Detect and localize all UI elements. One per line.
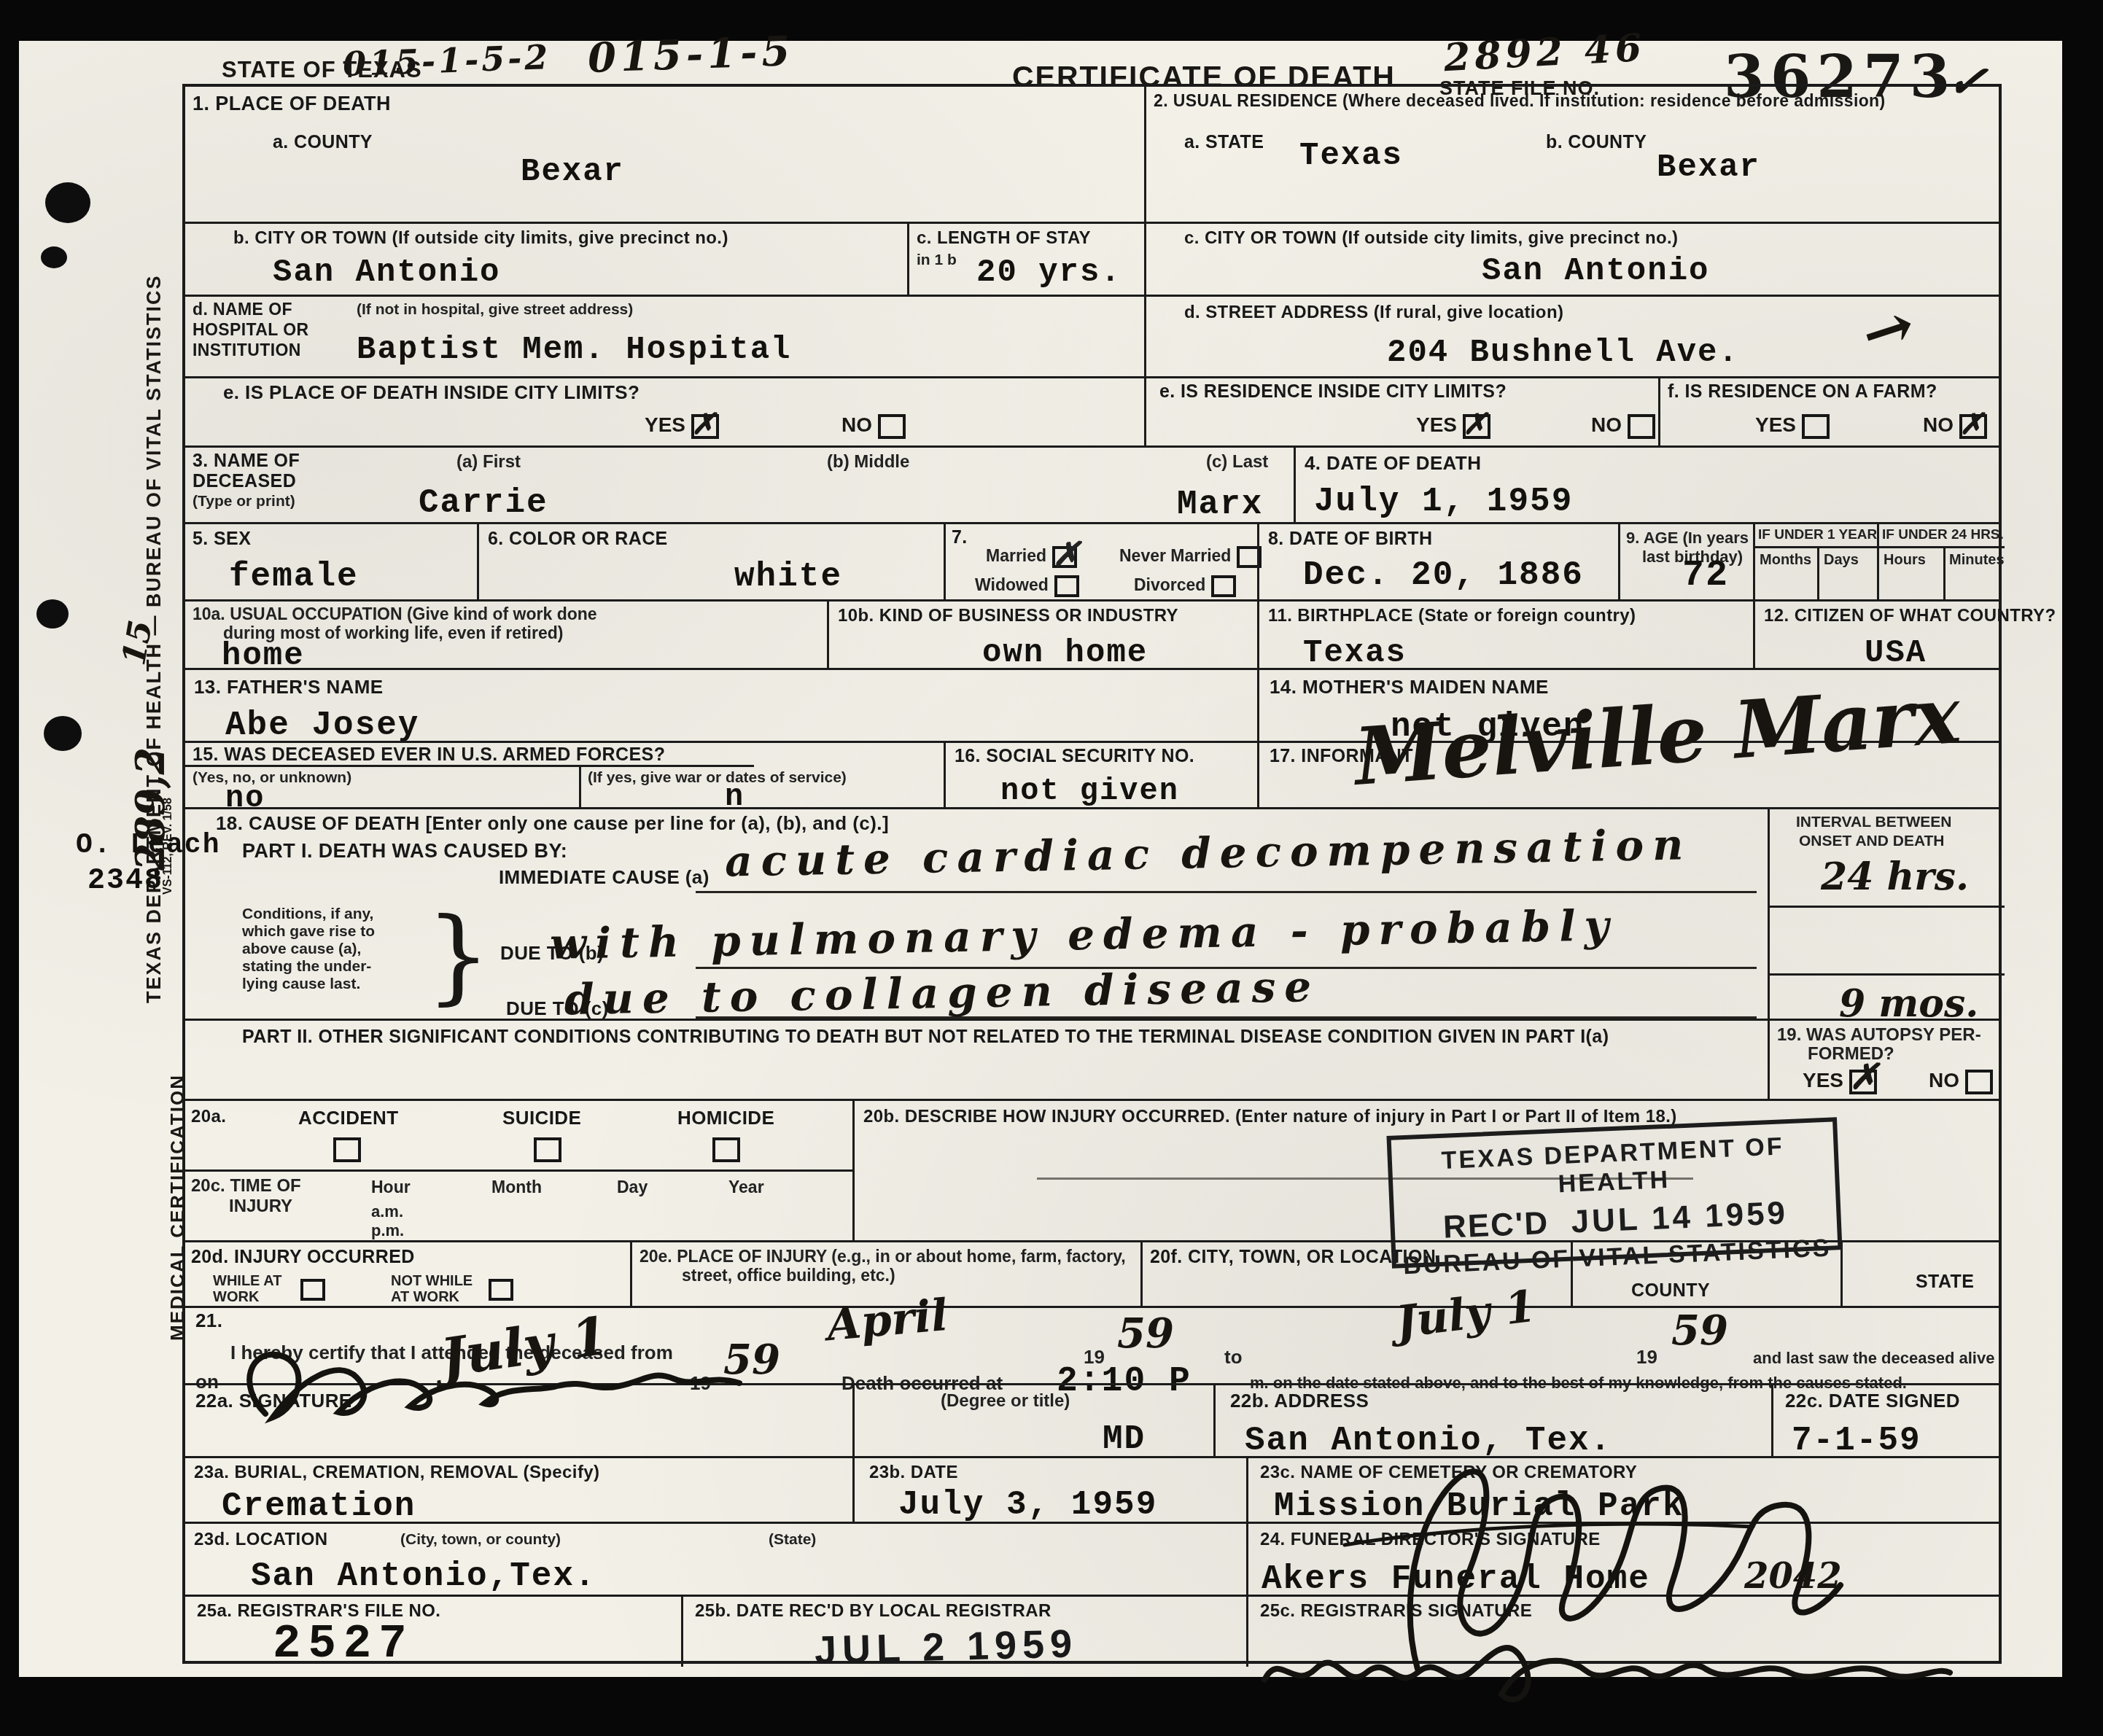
divider [1770, 973, 2005, 976]
row-occupation: 10a. USUAL OCCUPATION (Give kind of work… [185, 599, 1999, 668]
cell-residence-city: c. CITY OR TOWN (If outside city limits,… [1144, 224, 2005, 295]
burial-type-label: 23a. BURIAL, CREMATION, REMOVAL (Specify… [194, 1463, 599, 1483]
married-checkbox: ✗ [1052, 546, 1077, 568]
no-label: NO [841, 413, 872, 436]
never-married-text: Never Married [1119, 546, 1231, 565]
residence-city-value: San Antonio [1482, 253, 1709, 289]
color-race-value: white [734, 558, 842, 596]
hospital-label-3: INSTITUTION [193, 340, 301, 360]
residence-county-label: b. COUNTY [1546, 132, 1647, 153]
stamp-line-1: TEXAS DEPARTMENT OF HEALTH [1391, 1130, 1835, 1205]
no-label: NO [1591, 413, 1622, 436]
occupation-label-1: 10a. USUAL OCCUPATION (Give kind of work… [193, 604, 597, 624]
dob-value: Dec. 20, 1886 [1303, 556, 1584, 594]
cell-interval: INTERVAL BETWEEN ONSET AND DEATH 24 hrs.… [1768, 809, 2005, 1019]
autopsy-label-1: 19. WAS AUTOPSY PER- [1777, 1025, 1981, 1046]
part2-label: PART II. OTHER SIGNIFICANT CONDITIONS CO… [242, 1027, 1609, 1048]
injury-state-label: STATE [1916, 1272, 1974, 1293]
cell-sex: 5. SEX female [185, 524, 477, 599]
describe-injury-label: 20b. DESCRIBE HOW INJURY OCCURRED. (Ente… [863, 1107, 1677, 1127]
birthplace-value: Texas [1303, 635, 1407, 672]
cell-autopsy: 19. WAS AUTOPSY PER- FORMED? YES✗ NO [1768, 1021, 2005, 1099]
minutes-label: Minutes [1949, 552, 2005, 569]
part1-label: PART I. DEATH WAS CAUSED BY: [242, 840, 567, 863]
death-city-label: b. CITY OR TOWN (If outside city limits,… [233, 228, 728, 249]
widowed-text: Widowed [975, 575, 1049, 594]
x-mark: ✗ [1052, 534, 1081, 574]
hours-label: Hours [1884, 552, 1926, 569]
armed-forces-label: 15. WAS DECEASED EVER IN U.S. ARMED FORC… [193, 744, 665, 766]
cell-burial-type: 23a. BURIAL, CREMATION, REMOVAL (Specify… [185, 1458, 852, 1522]
place-of-injury-label-2: street, office building, etc.) [682, 1266, 895, 1285]
death-city-limits-label: e. IS PLACE OF DEATH INSIDE CITY LIMITS? [223, 381, 640, 404]
divider [1770, 906, 2005, 908]
divider [1817, 546, 1819, 599]
accident-label: ACCIDENT [298, 1107, 399, 1129]
month-label: Month [491, 1178, 542, 1197]
cell-name-of-deceased: 3. NAME OF DECEASED (Type or print) (a) … [185, 448, 1294, 522]
not-while-at-work-checkbox [489, 1279, 513, 1301]
residence-state-label: a. STATE [1184, 132, 1264, 153]
residence-city-limits-label: e. IS RESIDENCE INSIDE CITY LIMITS? [1159, 381, 1507, 402]
row-city-length: b. CITY OR TOWN (If outside city limits,… [185, 222, 1999, 295]
x-mark: ✗ [1959, 407, 1984, 441]
hospital-value: Baptist Mem. Hospital [357, 332, 792, 368]
yes-label: YES [1803, 1069, 1843, 1091]
mother-name-label: 14. MOTHER'S MAIDEN NAME [1270, 676, 1549, 698]
father-name-value: Abe Josey [225, 707, 419, 744]
date-recd-label: 25b. DATE REC'D BY LOCAL REGISTRAR [695, 1601, 1051, 1622]
place-of-injury-label-1: 20e. PLACE OF INJURY (e.g., in or about … [640, 1247, 1126, 1266]
cell-length-of-stay: c. LENGTH OF STAY in 1 b 20 yrs. [907, 224, 1144, 295]
conditions-line-2: which gave rise to [242, 923, 375, 941]
conditions-brace: } [426, 897, 491, 1016]
burial-date-label: 23b. DATE [869, 1463, 958, 1483]
citizen-label: 12. CITIZEN OF WHAT COUNTRY? [1764, 606, 2056, 626]
cell-marital-status: 7. Married✗ Never Married Widowed Divorc… [944, 524, 1257, 599]
name-label-1: 3. NAME OF [193, 451, 300, 472]
cell-date-of-death: 4. DATE OF DEATH July 1, 1959 [1294, 448, 2005, 522]
birthplace-label: 11. BIRTHPLACE (State or foreign country… [1268, 606, 1636, 626]
time-of-injury-label-1: 20c. TIME OF [191, 1176, 301, 1196]
farm-no: NO✗ [1923, 413, 1987, 439]
usual-residence-label: 2. USUAL RESIDENCE (Where deceased lived… [1154, 91, 1886, 111]
cell-physician-address: 22b. ADDRESS San Antonio, Tex. [1213, 1385, 1771, 1456]
row-name-dod: 3. NAME OF DECEASED (Type or print) (a) … [185, 445, 1999, 522]
cell-citizen: 12. CITIZEN OF WHAT COUNTRY? USA [1753, 602, 2005, 668]
cell-ssn: 16. SOCIAL SECURITY NO. not given [944, 743, 1257, 807]
while-at-work-checkbox [300, 1279, 325, 1301]
pm-label: p.m. [371, 1221, 404, 1240]
cell-age: 9. AGE (In years last birthday) 72 [1618, 524, 1753, 599]
yes-label: YES [1416, 413, 1457, 436]
color-race-label: 6. COLOR OR RACE [488, 529, 668, 550]
length-of-stay-label: c. LENGTH OF STAY [917, 228, 1091, 249]
age-label-1: 9. AGE (In years [1626, 529, 1749, 548]
never-married-label: Never Married [1119, 546, 1262, 568]
cause-of-death-label: 18. CAUSE OF DEATH [Enter only one cause… [216, 812, 889, 835]
cause-b-handwriting: with pulmonary edema - probably [550, 900, 1618, 969]
residence-county-value: Bexar [1657, 149, 1760, 186]
under-1-year-label: IF UNDER 1 YEAR [1758, 527, 1877, 543]
cell-injury-state: STATE [1840, 1242, 2005, 1306]
handwritten-15: 15 [115, 618, 160, 668]
death-limits-yes: YES✗ [645, 413, 719, 439]
armed-forces-sub1: (Yes, no, or unknown) [193, 769, 351, 787]
handwritten-2892-46: 2892 46 [1443, 26, 1647, 80]
registrar-file-value: 2527 [273, 1619, 414, 1671]
state-of-texas-label: STATE OF TEXAS [222, 57, 422, 83]
x-mark: ✗ [691, 407, 716, 441]
cell-date-of-birth: 8. DATE OF BIRTH Dec. 20, 1886 [1257, 524, 1618, 599]
cell-part2: PART II. OTHER SIGNIFICANT CONDITIONS CO… [185, 1021, 1768, 1099]
homicide-label: HOMICIDE [677, 1107, 774, 1129]
burial-location-value: San Antonio,Tex. [251, 1557, 596, 1595]
months-label: Months [1760, 552, 1811, 569]
ssn-value: not given [1000, 774, 1179, 809]
stamp-date: JUL 14 1959 [1571, 1195, 1789, 1239]
received-stamp: TEXAS DEPARTMENT OF HEALTH REC'D JUL 14 … [1386, 1117, 1842, 1269]
cell-injury-occurred: 20d. INJURY OCCURRED WHILE AT WORK NOT W… [185, 1242, 630, 1306]
under-24-hrs-label: IF UNDER 24 HRS. [1882, 527, 2004, 543]
place-of-death-label: 1. PLACE OF DEATH [193, 93, 391, 115]
county-label: a. COUNTY [273, 132, 373, 153]
cause-c-handwriting: due to collagen disease [564, 962, 1320, 1024]
burial-type-value: Cremation [222, 1487, 416, 1525]
handwritten-file-code-2: 015-1-5 [587, 27, 795, 82]
cell-color-race: 6. COLOR OR RACE white [477, 524, 944, 599]
armed-forces-sub2: (If yes, give war or dates of service) [588, 769, 847, 787]
cell-residence-city-limits: e. IS RESIDENCE INSIDE CITY LIMITS? YES✗… [1144, 378, 1658, 445]
attended-from-handwriting: April [825, 1290, 949, 1351]
row-part2-autopsy: PART II. OTHER SIGNIFICANT CONDITIONS CO… [185, 1019, 1999, 1099]
x-mark: ✗ [1849, 1056, 1878, 1097]
row-forces-ssn-informant: 15. WAS DECEASED EVER IN U.S. ARMED FORC… [185, 741, 1999, 807]
certify-number: 21. [195, 1309, 222, 1332]
hospital-label-2: HOSPITAL OR [193, 320, 308, 340]
scanned-death-certificate: { "header": { "hw_code_1": "015-1-5-2", … [0, 0, 2103, 1736]
x-mark: ✗ [1463, 407, 1488, 441]
residence-limits-no-checkbox [1628, 414, 1655, 439]
year-59-b-handwriting: 59 [1671, 1307, 1728, 1355]
burial-location-label: 23d. LOCATION [194, 1530, 327, 1550]
suicide-label: SUICIDE [502, 1107, 581, 1129]
hospital-label-1: d. NAME OF [193, 300, 292, 319]
physician-address-label: 22b. ADDRESS [1230, 1390, 1369, 1412]
death-limits-yes-checkbox: ✗ [691, 414, 719, 439]
residence-state-value: Texas [1299, 138, 1403, 174]
date-of-death-label: 4. DATE OF DEATH [1305, 452, 1481, 475]
suicide-checkbox [534, 1137, 561, 1162]
physician-address-value: San Antonio, Tex. [1245, 1422, 1612, 1460]
interval-a-handwriting: 24 hrs. [1821, 855, 1969, 899]
row-hospital-street: d. NAME OF HOSPITAL OR INSTITUTION (If n… [185, 295, 1999, 376]
length-of-stay-sub: in 1 b [917, 252, 957, 269]
cell-burial-location: 23d. LOCATION (City, town, or county) (S… [185, 1524, 1246, 1595]
divorced-checkbox [1211, 575, 1236, 597]
widowed-checkbox [1054, 575, 1079, 597]
conditions-line-1: Conditions, if any, [242, 906, 373, 923]
homicide-checkbox [712, 1137, 740, 1162]
not-while-at-work-label-2: AT WORK [391, 1289, 459, 1306]
conditions-line-4: stating the under- [242, 958, 371, 976]
farm-yes-checkbox [1802, 414, 1830, 439]
cell-burial-date: 23b. DATE July 3, 1959 [852, 1458, 1246, 1522]
accident-checkbox [333, 1137, 361, 1162]
number-2348: 2348 [88, 865, 163, 898]
death-city-value: San Antonio [273, 254, 500, 291]
business-value: own home [982, 635, 1148, 672]
age-value: 72 [1682, 555, 1729, 596]
conditions-line-5: lying cause last. [242, 976, 360, 993]
farm-yes: YES [1755, 413, 1830, 439]
street-address-value: 204 Bushnell Ave. [1387, 335, 1739, 371]
cell-birthplace: 11. BIRTHPLACE (State or foreign country… [1257, 602, 1753, 668]
cell-residence-farm: f. IS RESIDENCE ON A FARM? YES NO✗ [1658, 378, 2005, 445]
cell-armed-forces: 15. WAS DECEASED EVER IN U.S. ARMED FORC… [185, 743, 944, 807]
cell-place-of-death: 1. PLACE OF DEATH a. COUNTY Bexar [185, 87, 1144, 222]
cause-a-line [696, 891, 1757, 893]
residence-farm-label: f. IS RESIDENCE ON A FARM? [1668, 381, 1937, 402]
cell-death-city: b. CITY OR TOWN (If outside city limits,… [185, 224, 907, 295]
year-19-b: 19 [1636, 1346, 1657, 1369]
no-label: NO [1923, 413, 1954, 436]
divider [579, 765, 581, 807]
hole-punch [44, 716, 82, 751]
autopsy-no: NO [1929, 1069, 1993, 1094]
certify-text-2: and last saw the deceased alive [1753, 1349, 1994, 1368]
dob-label: 8. DATE OF BIRTH [1268, 529, 1432, 550]
cell-father-name: 13. FATHER'S NAME Abe Josey [185, 670, 1257, 741]
cell-registrar-file: 25a. REGISTRAR'S FILE NO. 2527 [185, 1597, 681, 1667]
interval-label-1: INTERVAL BETWEEN [1796, 814, 1952, 831]
cell-date-signed: 22c. DATE SIGNED 7-1-59 [1771, 1385, 2005, 1456]
row-cause-of-death: 18. CAUSE OF DEATH [Enter only one cause… [185, 807, 1999, 1019]
autopsy-yes-checkbox: ✗ [1849, 1070, 1877, 1094]
no-label: NO [1929, 1069, 1959, 1091]
autopsy-yes: YES✗ [1803, 1069, 1877, 1094]
degree-label: (Degree or title) [941, 1391, 1070, 1412]
first-name-value: Carrie [419, 484, 548, 522]
row-sex-race-age: 5. SEX female 6. COLOR OR RACE white 7. … [185, 522, 1999, 599]
cell-usual-occupation: 10a. USUAL OCCUPATION (Give kind of work… [185, 602, 827, 668]
sex-value: female [229, 558, 359, 596]
name-label-3: (Type or print) [193, 493, 295, 510]
date-recd-stamp: JUL 2 1959 [814, 1621, 1078, 1673]
year-label: Year [728, 1178, 764, 1197]
row-place-usual-residence: 1. PLACE OF DEATH a. COUNTY Bexar 2. USU… [185, 87, 1999, 222]
cell-street-address: d. STREET ADDRESS (If rural, give locati… [1144, 297, 2005, 376]
yes-label: YES [1755, 413, 1796, 436]
time-of-injury-label-2: INJURY [229, 1196, 292, 1217]
autopsy-no-checkbox [1965, 1070, 1993, 1094]
date-signed-label: 22c. DATE SIGNED [1785, 1390, 1960, 1412]
hole-punch [41, 246, 67, 268]
street-address-label: d. STREET ADDRESS (If rural, give locati… [1184, 303, 1563, 323]
conditions-line-3: above cause (a), [242, 941, 361, 958]
residence-city-label: c. CITY OR TOWN (If outside city limits,… [1184, 228, 1678, 249]
cell-informant: 17. INFORMANT Melville Marx [1257, 743, 2005, 807]
year-59-a-handwriting: 59 [1117, 1309, 1174, 1358]
certificate-grid: 1. PLACE OF DEATH a. COUNTY Bexar 2. USU… [182, 84, 2002, 1664]
death-limits-no: NO [841, 413, 906, 439]
death-limits-no-checkbox [878, 414, 906, 439]
residence-limits-yes-checkbox: ✗ [1463, 414, 1490, 439]
middle-name-label: (b) Middle [827, 452, 909, 472]
citizen-value: USA [1865, 635, 1927, 672]
date-signed-value: 7-1-59 [1792, 1422, 1921, 1460]
residence-limits-no: NO [1591, 413, 1655, 439]
interval-label-2: ONSET AND DEATH [1799, 833, 1945, 850]
cell-under-24-hrs: IF UNDER 24 HRS. Hours Minutes [1877, 524, 2005, 599]
injury-occurred-label: 20d. INJURY OCCURRED [191, 1247, 415, 1268]
immediate-cause-label: IMMEDIATE CAUSE (a) [499, 866, 710, 889]
cell-death-city-limits: e. IS PLACE OF DEATH INSIDE CITY LIMITS?… [185, 378, 1144, 445]
cell-cause-of-death: 18. CAUSE OF DEATH [Enter only one cause… [185, 809, 1768, 1019]
ssn-label: 16. SOCIAL SECURITY NO. [955, 746, 1194, 767]
physician-signature [222, 1319, 761, 1450]
first-name-label: (a) First [456, 452, 521, 472]
cell-date-recd: 25b. DATE REC'D BY LOCAL REGISTRAR JUL 2… [681, 1597, 1246, 1667]
last-name-value: Marx [1177, 486, 1263, 523]
divorced-text: Divorced [1134, 575, 1205, 594]
accident-section-label: 20a. [191, 1107, 226, 1127]
farm-no-checkbox: ✗ [1959, 414, 1987, 439]
am-label: a.m. [371, 1202, 403, 1221]
father-name-label: 13. FATHER'S NAME [194, 676, 384, 698]
last-name-label: (c) Last [1206, 452, 1268, 472]
divider [1943, 546, 1945, 599]
yes-label: YES [645, 413, 685, 436]
hole-punch [36, 599, 69, 628]
injury-county-label: COUNTY [1631, 1280, 1710, 1301]
sex-label: 5. SEX [193, 529, 251, 550]
cell-business-industry: 10b. KIND OF BUSINESS OR INDUSTRY own ho… [827, 602, 1257, 668]
name-label-2: DECEASED [193, 471, 296, 492]
divider [185, 765, 754, 767]
length-of-stay-value: 20 yrs. [976, 254, 1122, 291]
hole-punch [45, 182, 90, 223]
cell-under-1-year: IF UNDER 1 YEAR Months Days [1753, 524, 1877, 599]
burial-location-sub2: (State) [769, 1531, 816, 1549]
stamp-recd: REC'D [1442, 1205, 1550, 1245]
cell-20c: 20c. TIME OF INJURY Hour Month Day Year … [185, 1172, 852, 1242]
married-label: Married✗ [986, 546, 1077, 568]
hour-label: Hour [371, 1178, 411, 1197]
date-of-death-value: July 1, 1959 [1314, 483, 1573, 521]
marital-label: 7. [952, 527, 968, 548]
married-text: Married [986, 546, 1046, 565]
cell-accident-suicide-homicide: 20a. ACCIDENT SUICIDE HOMICIDE 20c. TIME… [185, 1101, 852, 1240]
divider [1755, 546, 1877, 548]
cell-20a: 20a. ACCIDENT SUICIDE HOMICIDE [185, 1101, 852, 1172]
residence-limits-yes: YES✗ [1416, 413, 1490, 439]
widowed-label: Widowed [975, 575, 1079, 597]
not-while-at-work-label-1: NOT WHILE [391, 1273, 473, 1290]
days-label: Days [1824, 552, 1859, 569]
day-label: Day [617, 1178, 648, 1197]
cell-usual-residence: 2. USUAL RESIDENCE (Where deceased lived… [1144, 87, 2005, 222]
row-city-limits: e. IS PLACE OF DEATH INSIDE CITY LIMITS?… [185, 376, 1999, 445]
burial-date-value: July 3, 1959 [898, 1486, 1157, 1524]
divorced-label: Divorced [1134, 575, 1236, 597]
degree-value: MD [1103, 1420, 1146, 1458]
divider [1879, 546, 2005, 548]
cell-hospital: d. NAME OF HOSPITAL OR INSTITUTION (If n… [185, 297, 1144, 376]
while-at-work-label-2: WORK [213, 1289, 259, 1306]
hospital-sub: (If not in hospital, give street address… [357, 301, 633, 319]
cell-degree: (Degree or title) MD [852, 1385, 1213, 1456]
to-label: to [1224, 1346, 1243, 1369]
while-at-work-label-1: WHILE AT [213, 1273, 281, 1290]
burial-location-sub1: (City, town, or county) [400, 1531, 561, 1549]
registrar-signature [1257, 1611, 1957, 1713]
business-label: 10b. KIND OF BUSINESS OR INDUSTRY [838, 606, 1178, 626]
county-value: Bexar [521, 154, 624, 190]
